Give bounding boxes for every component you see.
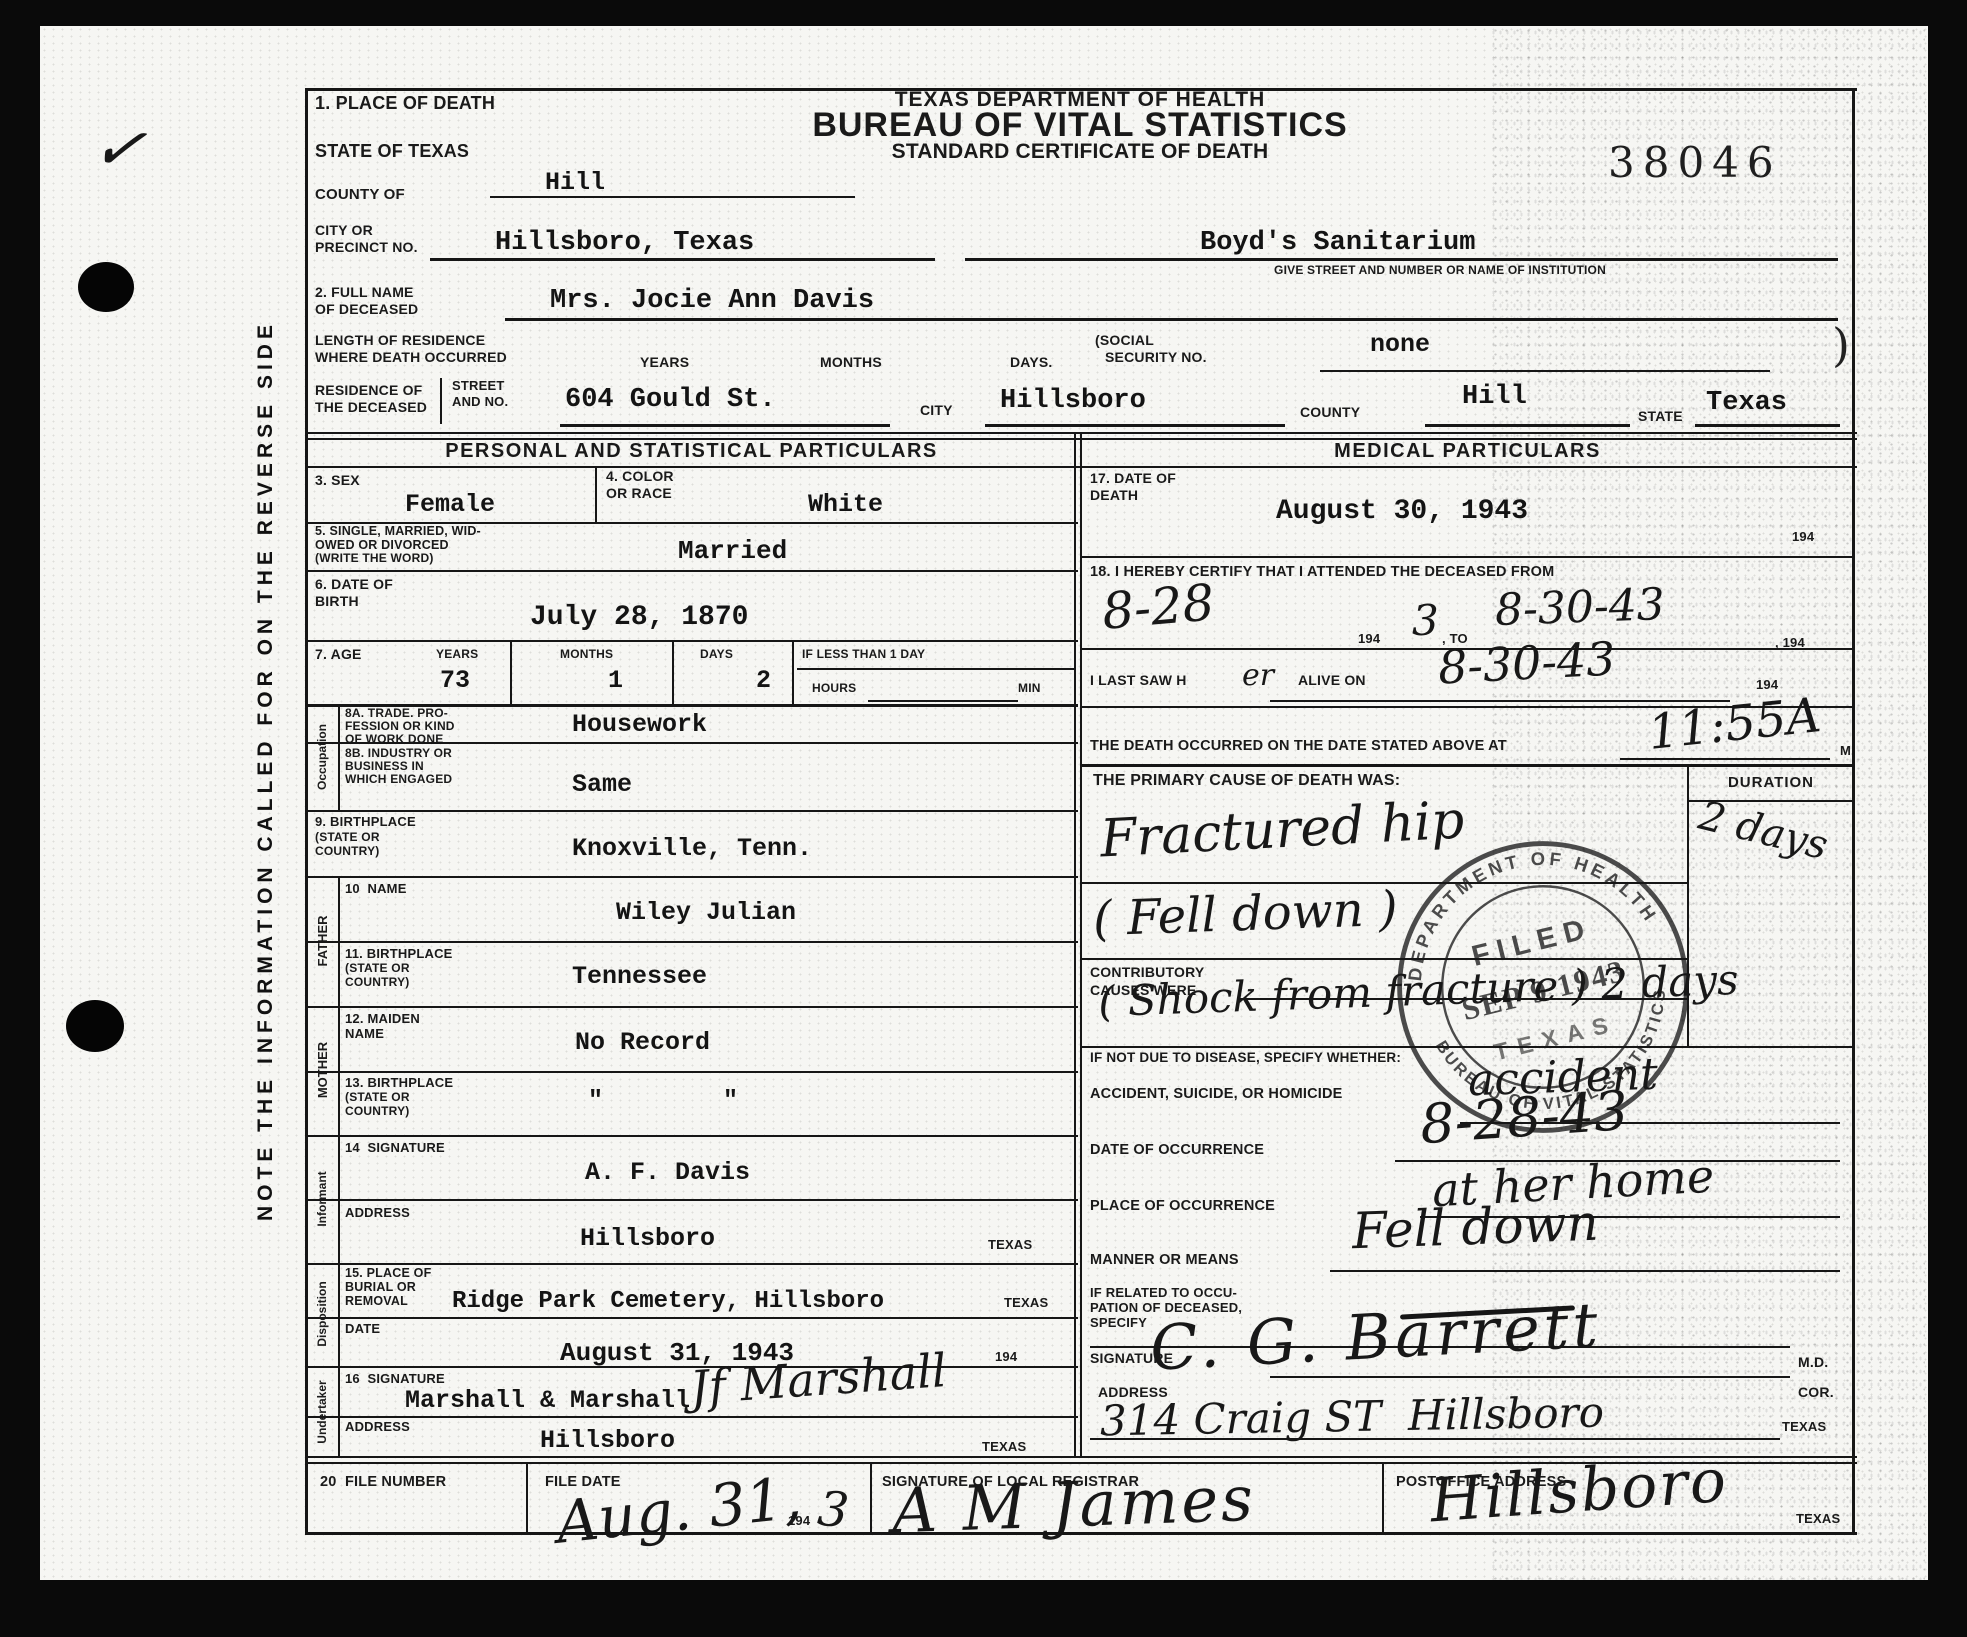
- fullname-label-2: OF DECEASED: [315, 301, 418, 317]
- maiden-name-label-1: 12. MAIDEN: [345, 1012, 420, 1027]
- rule-line: [1074, 432, 1076, 1458]
- last-saw-handwriting: er: [1242, 658, 1274, 693]
- city2-label: CITY: [920, 402, 953, 418]
- side-label-occupation: Occupation: [314, 712, 330, 802]
- residence-length-label-1: LENGTH OF RESIDENCE: [315, 332, 485, 348]
- sex-value: Female: [405, 490, 495, 519]
- burial-label-3: REMOVAL: [345, 1294, 408, 1308]
- county2-value: Hill: [1462, 382, 1527, 412]
- undertaker-address-label: ADDRESS: [345, 1420, 410, 1435]
- rule-line: [797, 668, 1075, 670]
- undertaker-signature-label: 16 SIGNATURE: [345, 1372, 445, 1387]
- last-saw-label: I LAST SAW H: [1090, 672, 1187, 688]
- rule-line: [1320, 370, 1770, 372]
- if-related-label-1: IF RELATED TO OCCU-: [1090, 1286, 1237, 1301]
- informant-address-value: Hillsboro: [580, 1224, 715, 1253]
- year1-handwriting: 3: [1412, 596, 1439, 645]
- md-label: M.D.: [1798, 1354, 1828, 1370]
- certificate-title: STANDARD CERTIFICATE OF DEATH: [780, 140, 1380, 164]
- rule-line: [505, 318, 1838, 321]
- rule-line: [1330, 1270, 1840, 1272]
- rule-line: [1080, 556, 1855, 558]
- rule-line: [1420, 1216, 1840, 1218]
- street-label-1: STREET: [452, 379, 504, 394]
- marital-label-3: (WRITE THE WORD): [315, 552, 434, 566]
- rule-line: [305, 810, 1078, 812]
- trade-value: Housework: [572, 710, 707, 739]
- rule-line: [305, 1135, 1078, 1137]
- rule-line: [1687, 800, 1855, 802]
- min-label: MIN: [1018, 682, 1041, 696]
- rule-line: [1080, 706, 1855, 708]
- street-label-2: AND NO.: [452, 395, 508, 410]
- city2-value: Hillsboro: [1000, 386, 1146, 416]
- birthplace-label-1: 9. BIRTHPLACE: [315, 815, 416, 830]
- rule-line: [305, 1071, 1078, 1073]
- informant-signature-label: 14 SIGNATURE: [345, 1141, 445, 1156]
- rule-line: [305, 1456, 1857, 1458]
- rule-line: [305, 88, 1857, 91]
- medical-section-title: MEDICAL PARTICULARS: [1080, 440, 1855, 463]
- burial-value: Ridge Park Cemetery, Hillsboro: [452, 1288, 884, 1315]
- rule-line: [305, 1366, 1078, 1368]
- father-birthplace-label-2: (STATE OR: [345, 962, 410, 976]
- institution-value: Boyd's Sanitarium: [1200, 228, 1475, 258]
- state2-label: STATE: [1638, 408, 1683, 424]
- sex-label: 3. SEX: [315, 472, 360, 488]
- undertaker-address-state: TEXAS: [982, 1440, 1026, 1455]
- dob-value: July 28, 1870: [530, 602, 748, 633]
- color-label-2: OR RACE: [606, 485, 672, 501]
- burial-date-label: DATE: [345, 1322, 380, 1337]
- if-less-label: IF LESS THAN 1 DAY: [802, 648, 925, 662]
- undertaker-signature-value: Marshall & Marshall: [405, 1386, 690, 1415]
- hole-punch-bottom: [66, 1000, 124, 1052]
- rule-line: [305, 1416, 1078, 1418]
- days-label: DAYS.: [1010, 354, 1053, 370]
- city-label-2: PRECINCT NO.: [315, 239, 418, 255]
- mother-birthplace-value: ″ ″: [588, 1086, 738, 1115]
- burial-state: TEXAS: [1004, 1296, 1048, 1311]
- side-label-undertaker: Undertaker: [314, 1367, 330, 1457]
- mother-birthplace-label-1: 13. BIRTHPLACE: [345, 1076, 453, 1091]
- rule-line: [305, 742, 1078, 744]
- place-occurrence-label: PLACE OF OCCURRENCE: [1090, 1198, 1275, 1215]
- rule-line: [595, 466, 597, 522]
- residence-label-2: THE DECEASED: [315, 399, 427, 415]
- rule-line: [1080, 432, 1082, 1458]
- rule-line: [1425, 424, 1630, 427]
- father-name-label: 10 NAME: [345, 882, 407, 897]
- hole-punch-top: [78, 262, 134, 312]
- ssn-label-1: (SOCIAL: [1095, 332, 1154, 348]
- rule-line: [1090, 1438, 1780, 1440]
- file-date-year-stub: 194: [788, 1514, 810, 1529]
- father-birthplace-label-1: 11. BIRTHPLACE: [345, 947, 453, 962]
- rule-line: [338, 876, 340, 1458]
- dob-label-2: BIRTH: [315, 593, 359, 609]
- ssn-label-2: SECURITY NO.: [1105, 349, 1207, 365]
- months-label: MONTHS: [820, 354, 882, 370]
- year1-stub: 194: [1358, 632, 1380, 647]
- trade-label-3: OF WORK DONE: [345, 733, 443, 747]
- rule-line: [305, 876, 1078, 878]
- fullname-label-1: 2. FULL NAME: [315, 284, 414, 300]
- manner-means-label: MANNER OR MEANS: [1090, 1252, 1239, 1269]
- color-value: White: [808, 490, 883, 519]
- primary-cause-label: THE PRIMARY CAUSE OF DEATH WAS:: [1093, 772, 1400, 790]
- rule-line: [440, 378, 442, 424]
- age-days-header: DAYS: [700, 648, 733, 662]
- maiden-name-label-2: NAME: [345, 1027, 384, 1042]
- duration-header: DURATION: [1690, 774, 1852, 791]
- side-label-mother: MOTHER: [314, 1025, 330, 1115]
- father-name-value: Wiley Julian: [616, 898, 796, 927]
- rule-line: [965, 258, 1838, 261]
- place-of-death-label: 1. PLACE OF DEATH: [315, 93, 495, 114]
- closing-paren: ): [1832, 318, 1850, 372]
- dob-label-1: 6. DATE OF: [315, 576, 393, 592]
- maiden-name-value: No Record: [575, 1028, 710, 1057]
- rule-line: [1080, 882, 1687, 884]
- certificate-number: 38046: [1608, 138, 1782, 187]
- state2-value: Texas: [1706, 388, 1787, 418]
- marital-label-1: 5. SINGLE, MARRIED, WID-: [315, 524, 481, 538]
- informant-address-label: ADDRESS: [345, 1206, 410, 1221]
- rule-line: [305, 941, 1078, 943]
- rule-line: [1080, 1046, 1855, 1048]
- rule-line: [526, 1462, 528, 1534]
- rule-line: [430, 258, 935, 261]
- undertaker-address-value: Hillsboro: [540, 1426, 675, 1455]
- death-occurred-label: THE DEATH OCCURRED ON THE DATE STATED AB…: [1090, 738, 1507, 755]
- birthplace-value: Knoxville, Tenn.: [572, 834, 812, 863]
- scanned-death-certificate: NOTE THE INFORMATION CALLED FOR ON THE R…: [0, 0, 1967, 1637]
- rule-line: [305, 1462, 1857, 1464]
- personal-section-title: PERSONAL AND STATISTICAL PARTICULARS: [305, 440, 1078, 463]
- rule-line: [305, 1532, 1857, 1535]
- rule-line: [305, 640, 1078, 642]
- date-of-death-label-1: 17. DATE OF: [1090, 470, 1176, 486]
- rule-line: [338, 704, 340, 810]
- city-precinct-value: Hillsboro, Texas: [495, 228, 754, 258]
- file-date-year-handwriting: 3: [815, 1481, 851, 1540]
- birthplace-label-3: COUNTRY): [315, 845, 379, 859]
- mother-birthplace-label-2: (STATE OR: [345, 1091, 410, 1105]
- age-years-header: YEARS: [436, 648, 478, 662]
- institution-hint: GIVE STREET AND NUMBER OR NAME OF INSTIT…: [1190, 264, 1690, 278]
- age-years-value: 73: [440, 666, 470, 695]
- alive-on-label: ALIVE ON: [1298, 672, 1366, 688]
- rule-line: [870, 1462, 872, 1534]
- alive-on-handwriting: 8-30-43: [1437, 631, 1617, 694]
- rule-line: [1382, 1462, 1384, 1534]
- rule-line: [305, 1263, 1078, 1265]
- city-label-1: CITY OR: [315, 222, 373, 238]
- hours-label: HOURS: [812, 682, 856, 696]
- rule-line: [985, 424, 1285, 427]
- physician-address-state: TEXAS: [1782, 1420, 1826, 1435]
- date-of-death-label-2: DEATH: [1090, 487, 1138, 503]
- county-value: Hill: [545, 168, 605, 197]
- rule-line: [490, 196, 855, 198]
- residence-length-label-2: WHERE DEATH OCCURRED: [315, 349, 507, 365]
- county2-label: COUNTY: [1300, 404, 1360, 420]
- rule-line: [1270, 700, 1730, 702]
- rule-line: [510, 640, 512, 704]
- industry-value: Same: [572, 770, 632, 799]
- industry-label-3: WHICH ENGAGED: [345, 773, 452, 787]
- cor-label: COR.: [1798, 1384, 1834, 1400]
- rule-line: [305, 1006, 1078, 1008]
- age-label: 7. AGE: [315, 646, 362, 662]
- date-of-death-value: August 30, 1943: [1276, 496, 1528, 527]
- if-related-label-3: SPECIFY: [1090, 1316, 1147, 1331]
- attended-from-handwriting: 8-28: [1100, 573, 1217, 641]
- file-number-label: 20 FILE NUMBER: [320, 1474, 446, 1491]
- burial-label-1: 15. PLACE OF: [345, 1266, 431, 1280]
- burial-label-2: BURIAL OR: [345, 1280, 416, 1294]
- rule-line: [305, 570, 1078, 572]
- age-months-header: MONTHS: [560, 648, 613, 662]
- marital-value: Married: [678, 536, 787, 566]
- rule-line: [305, 704, 1078, 707]
- rule-line: [672, 640, 674, 704]
- rule-line: [1080, 764, 1855, 767]
- age-months-value: 1: [608, 666, 623, 695]
- age-days-value: 2: [756, 666, 771, 695]
- physician-address-handwriting: 314 Craig ST Hillsboro: [1100, 1388, 1605, 1446]
- death-year-stub: 194: [1792, 530, 1814, 545]
- accident-suicide-label: ACCIDENT, SUICIDE, OR HOMICIDE: [1090, 1086, 1343, 1103]
- rule-line: [1270, 1376, 1790, 1378]
- informant-address-state: TEXAS: [988, 1238, 1032, 1253]
- mother-birthplace-label-3: COUNTRY): [345, 1105, 409, 1119]
- checkmark-mark: ✓: [87, 109, 150, 190]
- rule-line: [560, 424, 890, 427]
- rule-line: [1695, 424, 1840, 427]
- rule-line: [792, 640, 794, 704]
- years-label: YEARS: [640, 354, 689, 370]
- father-birthplace-label-3: COUNTRY): [345, 976, 409, 990]
- rule-line: [305, 522, 1078, 524]
- residence-label-1: RESIDENCE OF: [315, 382, 422, 398]
- county-label: COUNTY OF: [315, 186, 405, 203]
- rule-line: [1090, 1346, 1790, 1348]
- fell-down-handwriting: ( Fell down ): [1092, 881, 1398, 948]
- informant-signature-value: A. F. Davis: [585, 1158, 750, 1187]
- rule-line: [1852, 88, 1855, 1535]
- if-not-disease-label: IF NOT DUE TO DISEASE, SPECIFY WHETHER:: [1090, 1050, 1401, 1066]
- state-of-texas-label: STATE OF TEXAS: [315, 141, 469, 162]
- date-occurrence-label: DATE OF OCCURRENCE: [1090, 1142, 1264, 1159]
- fullname-value: Mrs. Jocie Ann Davis: [550, 286, 874, 316]
- margin-note-vertical: NOTE THE INFORMATION CALLED FOR ON THE R…: [254, 292, 298, 1250]
- side-label-disposition: Disposition: [314, 1269, 330, 1359]
- burial-date-year-stub: 194: [995, 1350, 1017, 1365]
- rule-line: [1080, 648, 1855, 650]
- color-label-1: 4. COLOR: [606, 468, 674, 484]
- rule-line: [868, 700, 1018, 702]
- birthplace-label-2: (STATE OR: [315, 831, 380, 845]
- ssn-value: none: [1370, 330, 1430, 359]
- father-birthplace-value: Tennessee: [572, 962, 707, 991]
- attended-to-handwriting: 8-30-43: [1494, 579, 1665, 636]
- rule-line: [305, 1199, 1078, 1201]
- street-value: 604 Gould St.: [565, 385, 776, 415]
- rule-line: [1620, 758, 1830, 760]
- postoffice-state: TEXAS: [1796, 1512, 1840, 1527]
- rule-line: [305, 1317, 1078, 1319]
